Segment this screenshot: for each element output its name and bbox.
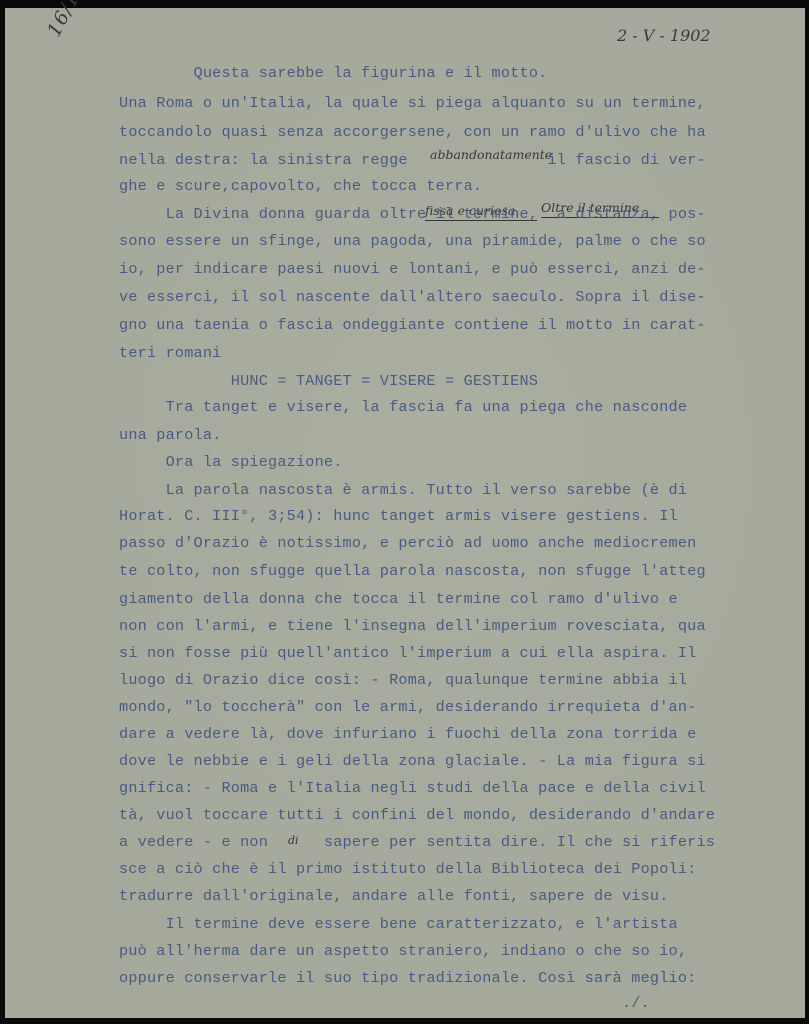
text-line: teri romani xyxy=(119,344,221,362)
text-line: nella destra: la sinistra regge il fasci… xyxy=(119,151,706,169)
text-line: io, per indicare paesi nuovi e lontani, … xyxy=(119,260,706,278)
text-line: dove le nebbie e i geli della zona glaci… xyxy=(119,752,706,770)
text-line: sce a ciò che è il primo istituto della … xyxy=(119,860,696,878)
text-line: ./. xyxy=(119,994,650,1012)
text-line: si non fosse più quell'antico l'imperium… xyxy=(119,644,696,662)
text-line: Horat. C. III°, 3;54): hunc tanget armis… xyxy=(119,507,678,525)
text-line: giamento della donna che tocca il termin… xyxy=(119,590,678,608)
text-line: toccandolo quasi senza accorgersene, con… xyxy=(119,123,706,141)
text-line: gnifica: - Roma e l'Italia negli studi d… xyxy=(119,779,706,797)
text-line: Questa sarebbe la figurina e il motto. xyxy=(119,64,547,82)
text-line: ghe e scure,capovolto, che tocca terra. xyxy=(119,177,482,195)
text-line: non con l'armi, e tiene l'insegna dell'i… xyxy=(119,617,706,635)
text-line: gno una taenia o fascia ondeggiante cont… xyxy=(119,316,706,334)
text-line: sono essere un sfinge, una pagoda, una p… xyxy=(119,232,706,250)
text-line: tà, vuol toccare tutti i confini del mon… xyxy=(119,806,715,824)
text-line: luogo di Orazio dice così: - Roma, qualu… xyxy=(119,671,687,689)
text-line: mondo, "lo toccherà" con le armi, deside… xyxy=(119,698,696,716)
text-line: può all'herma dare un aspetto straniero,… xyxy=(119,942,687,960)
text-line: te colto, non sfugge quella parola nasco… xyxy=(119,562,706,580)
text-line: ve esserci, il sol nascente dall'altero … xyxy=(119,288,706,306)
text-line: La Divina donna guarda oltre il termine,… xyxy=(119,205,706,223)
document-page: 16/16A 2 - V - 1902 abbandonatamente fis… xyxy=(5,8,805,1018)
text-line: una parola. xyxy=(119,426,221,444)
text-line: Il termine deve essere bene caratterizza… xyxy=(119,915,678,933)
folio-mark: 16/16A xyxy=(43,0,97,40)
text-line: tradurre dall'originale, andare alle fon… xyxy=(119,887,669,905)
text-line: La parola nascosta è armis. Tutto il ver… xyxy=(119,481,687,499)
document-date: 2 - V - 1902 xyxy=(617,26,711,45)
text-line: dare a vedere là, dove infuriano i fuoch… xyxy=(119,725,696,743)
text-line: passo d'Orazio è notissimo, e perciò ad … xyxy=(119,534,696,552)
text-line: a vedere - e non sapere per sentita dire… xyxy=(119,833,715,851)
text-line: HUNC = TANGET = VISERE = GESTIENS xyxy=(119,372,538,390)
text-line: Tra tanget e visere, la fascia fa una pi… xyxy=(119,398,687,416)
text-line: Ora la spiegazione. xyxy=(119,453,343,471)
text-line: oppure conservarle il suo tipo tradizion… xyxy=(119,969,696,987)
text-line: Una Roma o un'Italia, la quale si piega … xyxy=(119,94,706,112)
